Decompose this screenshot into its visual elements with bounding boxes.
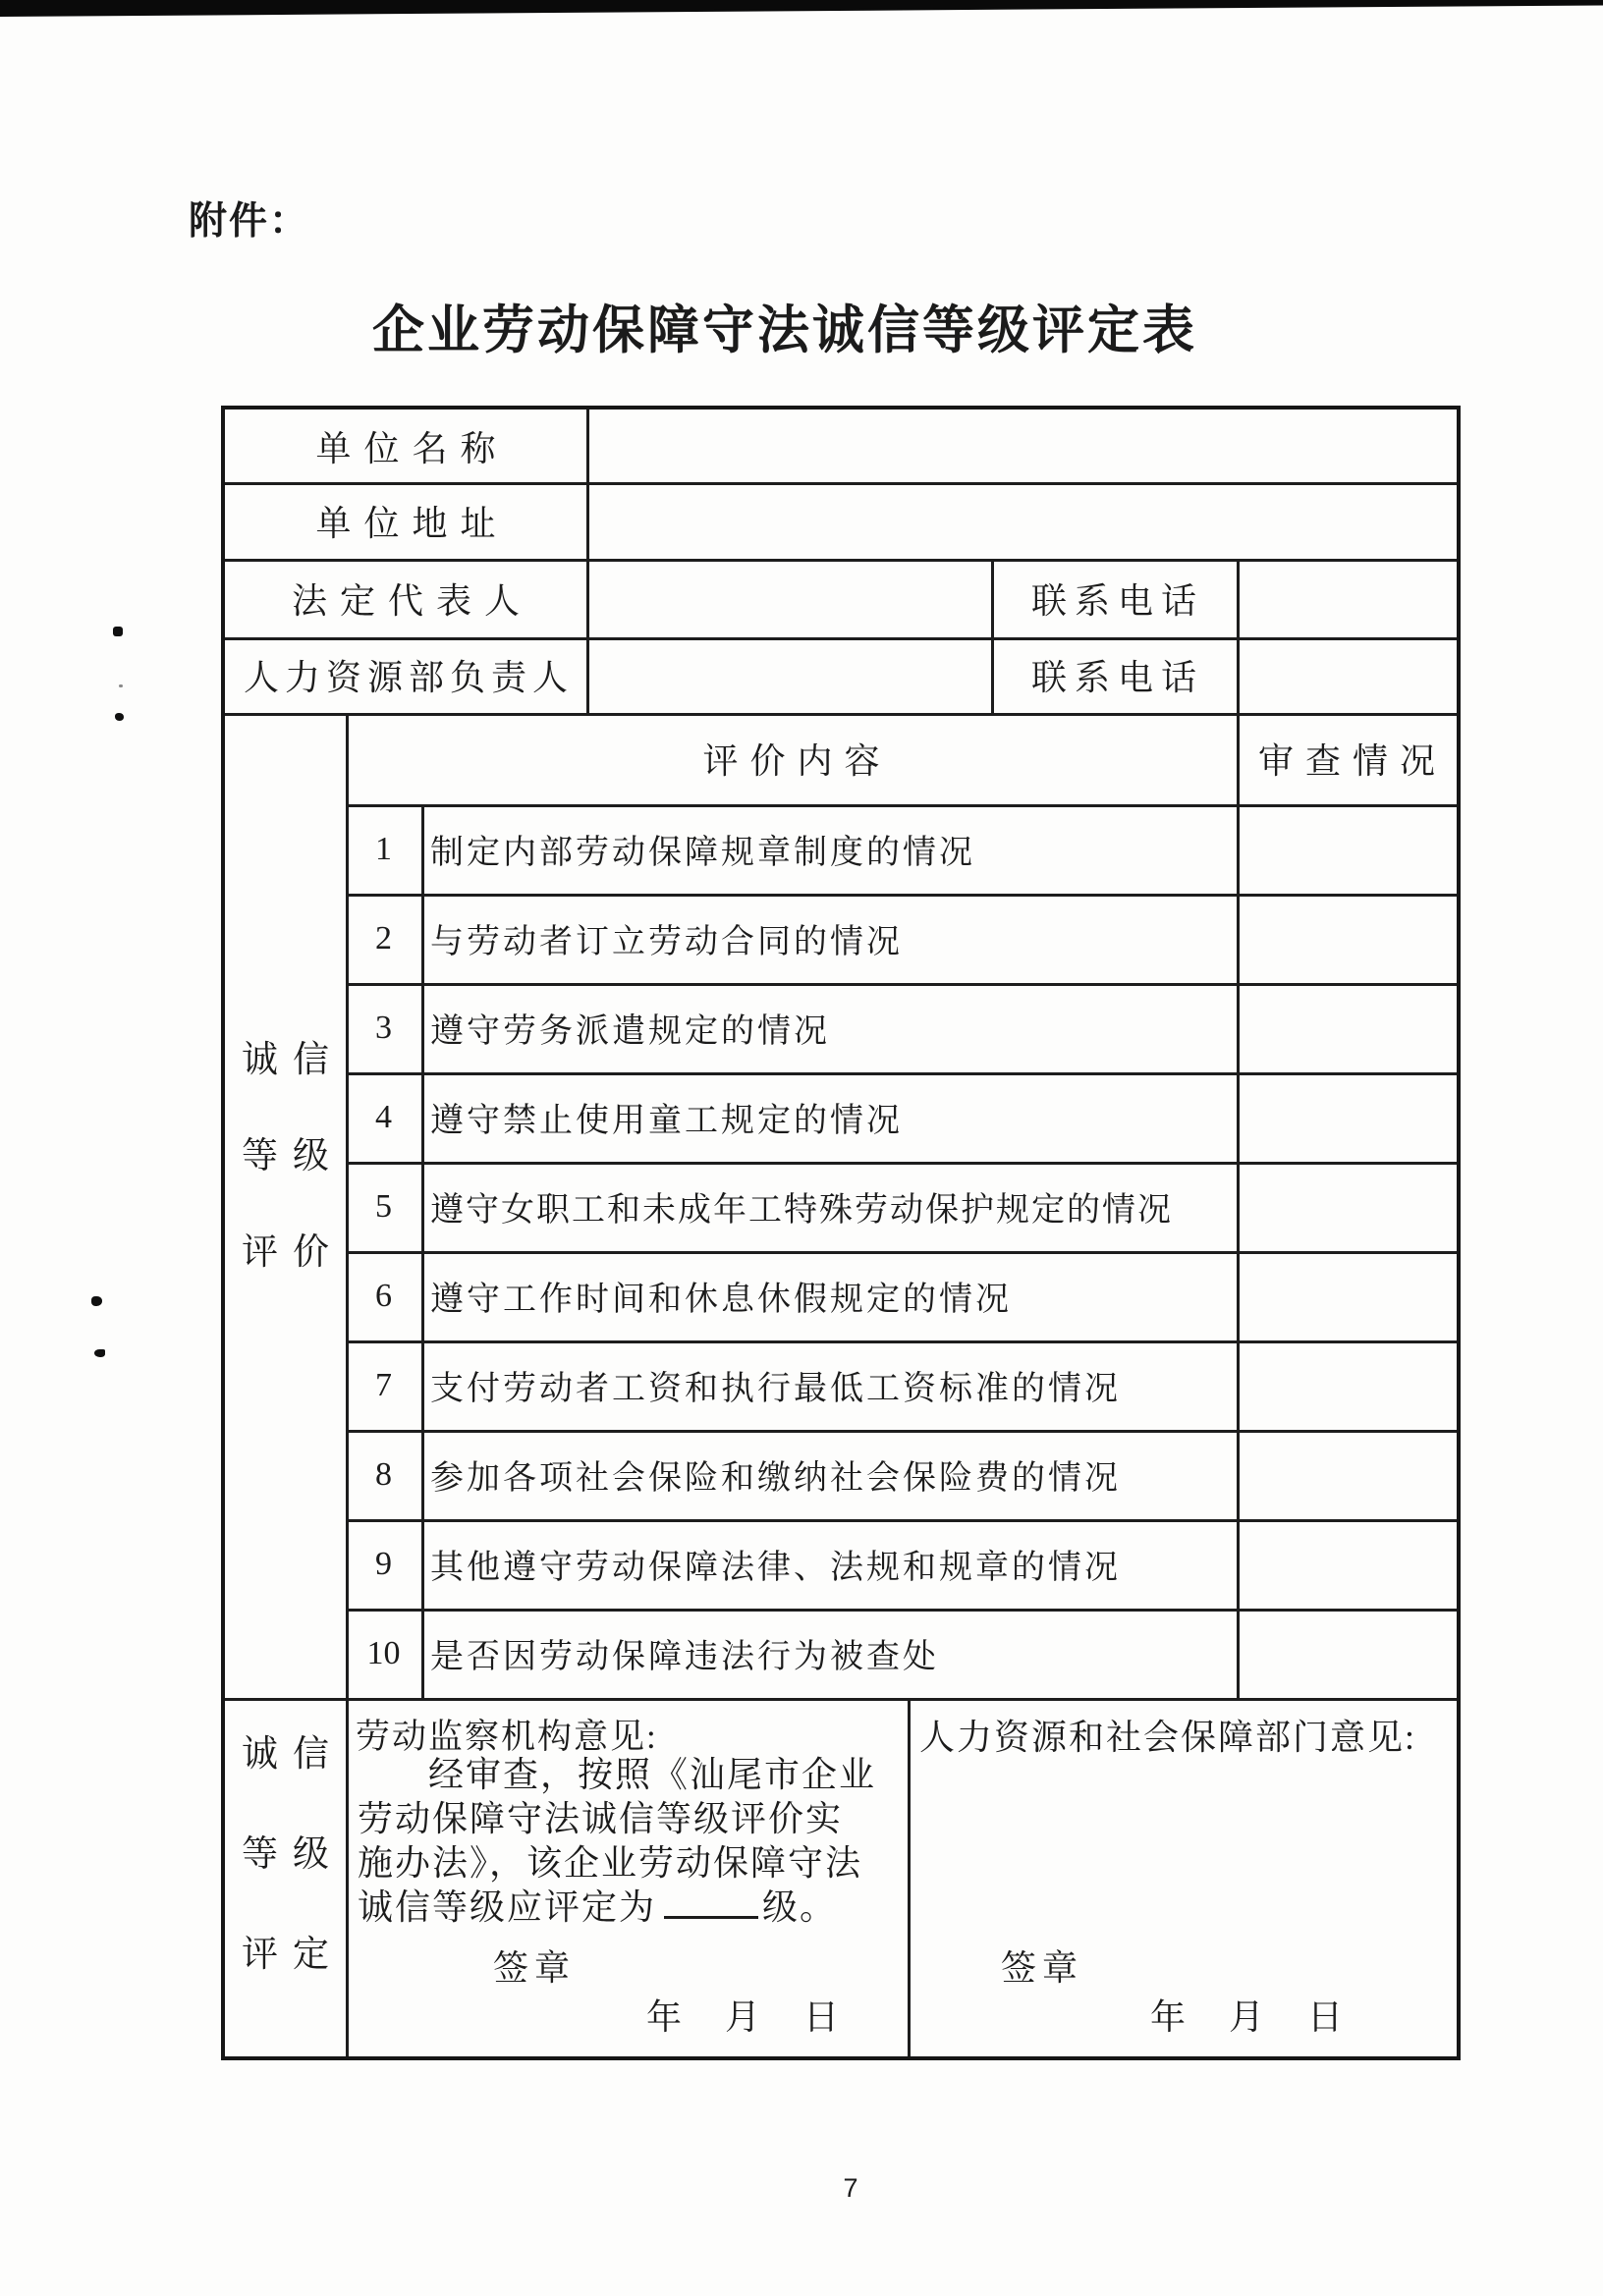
scan-speck (94, 1349, 105, 1357)
scanned-document-page: 附件： 企业劳动保障守法诚信等级评定表 单位名称 单位地址 法定代表人 (0, 0, 1603, 2296)
labor-inspection-opinion-body: 经审查，按照《汕尾市企业 劳动保障守法诚信等级评价实 施办法》，该企业劳动保障守… (358, 1753, 900, 1930)
item-review-cell (1237, 1162, 1457, 1251)
item-review-cell (1237, 894, 1457, 983)
unit-address-label: 单位地址 (225, 482, 586, 559)
item-review-cell (1237, 804, 1457, 894)
item-number: 10 (346, 1609, 421, 1698)
item-number: 6 (346, 1251, 421, 1340)
scan-artifact-top-edge (0, 0, 1603, 17)
side-header-line: 诚信 (227, 1723, 344, 1777)
hr-department-opinion-cell: 人力资源和社会保障部门意见: 签章 年 月 日 (908, 1698, 1457, 2056)
conclusion-prefix: 诚信等级应评定为 (358, 1887, 656, 1927)
side-header-line: 等级 (227, 1125, 344, 1178)
item-text: 制定内部劳动保障规章制度的情况 (421, 804, 1237, 894)
review-column-header: 审查情况 (1237, 713, 1457, 804)
content-column-header: 评价内容 (346, 713, 1237, 804)
item-number: 4 (346, 1072, 421, 1162)
date-line: 年 月 日 (1150, 1990, 1347, 2040)
item-review-cell (1237, 1251, 1457, 1340)
item-number: 3 (346, 983, 421, 1072)
scan-speck (91, 1296, 102, 1306)
unit-address-value-cell (586, 482, 1457, 559)
scan-speck (115, 713, 124, 721)
side-header-line: 评定 (227, 1924, 344, 1977)
unit-name-value-cell (586, 410, 1457, 482)
contact-phone-label: 联系电话 (991, 559, 1237, 637)
opinion-body-line: 经审查，按照《汕尾市企业 (358, 1753, 900, 1797)
item-text: 遵守女职工和未成年工特殊劳动保护规定的情况 (421, 1162, 1237, 1251)
evaluation-side-header: 诚信 等级 评价 (225, 659, 346, 1644)
item-review-cell (1237, 1340, 1457, 1430)
labor-inspection-opinion-header: 劳动监察机构意见: (356, 1710, 658, 1759)
item-number: 7 (346, 1340, 421, 1430)
item-review-cell (1237, 1609, 1457, 1698)
item-review-cell (1237, 1430, 1457, 1519)
contact-phone-label: 联系电话 (991, 637, 1237, 713)
legal-representative-value-cell (586, 559, 991, 637)
opinion-body-line: 劳动保障守法诚信等级评价实 (358, 1797, 900, 1841)
page-title: 企业劳动保障守法诚信等级评定表 (0, 289, 1570, 363)
item-number: 2 (346, 894, 421, 983)
item-review-cell (1237, 983, 1457, 1072)
side-header-line: 评价 (227, 1222, 344, 1275)
scan-speck (119, 684, 123, 687)
side-header-line: 诚信 (227, 1029, 344, 1082)
item-text: 遵守工作时间和休息休假规定的情况 (421, 1251, 1237, 1340)
seal-label: 签章 (493, 1941, 576, 1991)
seal-label: 签章 (1001, 1941, 1083, 1991)
item-text: 参加各项社会保险和缴纳社会保险费的情况 (421, 1430, 1237, 1519)
item-text: 与劳动者订立劳动合同的情况 (421, 894, 1237, 983)
grade-blank-underline (664, 1886, 758, 1919)
item-text: 支付劳动者工资和执行最低工资标准的情况 (421, 1340, 1237, 1430)
item-number: 9 (346, 1519, 421, 1609)
opinion-body-line: 施办法》，该企业劳动保障守法 (358, 1841, 900, 1886)
rating-form-table: 单位名称 单位地址 法定代表人 联系电话 人力资源部负责人 联系电话 诚信 等级… (221, 406, 1461, 2060)
hr-manager-value-cell (586, 637, 991, 713)
labor-inspection-opinion-cell: 劳动监察机构意见: 经审查，按照《汕尾市企业 劳动保障守法诚信等级评价实 施办法… (346, 1698, 908, 2056)
legal-representative-label: 法定代表人 (225, 559, 586, 637)
contact-phone-value-cell (1237, 559, 1457, 637)
rating-side-header: 诚信 等级 评定 (225, 1670, 346, 2029)
item-text: 遵守禁止使用童工规定的情况 (421, 1072, 1237, 1162)
conclusion-suffix: 级。 (762, 1887, 837, 1927)
opinion-conclusion-line: 诚信等级应评定为级。 (358, 1886, 900, 1930)
contact-phone-value-cell (1237, 637, 1457, 713)
item-review-cell (1237, 1519, 1457, 1609)
attachment-label: 附件： (189, 191, 309, 246)
item-number: 8 (346, 1430, 421, 1519)
item-number: 5 (346, 1162, 421, 1251)
item-review-cell (1237, 1072, 1457, 1162)
item-text: 其他遵守劳动保障法律、法规和规章的情况 (421, 1519, 1237, 1609)
item-number: 1 (346, 804, 421, 894)
hr-department-opinion-header: 人力资源和社会保障部门意见: (919, 1710, 1416, 1760)
scan-speck (113, 627, 123, 636)
item-text: 遵守劳务派遣规定的情况 (421, 983, 1237, 1072)
unit-name-label: 单位名称 (225, 410, 586, 482)
side-header-line: 等级 (227, 1824, 344, 1877)
page-number: 7 (98, 2173, 1603, 2204)
item-text: 是否因劳动保障违法行为被查处 (421, 1609, 1237, 1698)
date-line: 年 月 日 (646, 1990, 843, 2040)
